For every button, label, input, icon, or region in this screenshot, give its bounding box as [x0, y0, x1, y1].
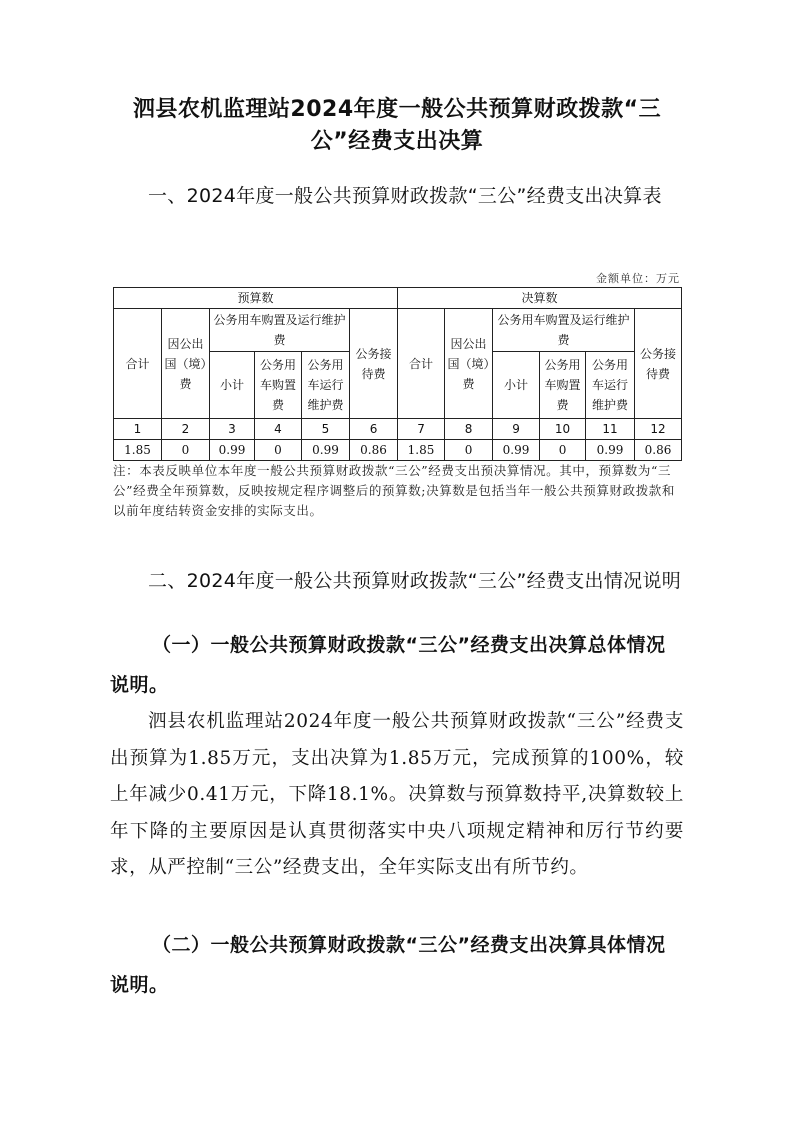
- value-cell: 0: [162, 440, 210, 461]
- index-cell: 3: [210, 419, 255, 440]
- index-cell: 12: [635, 419, 682, 440]
- value-cell: 1.85: [114, 440, 162, 461]
- subsection1-body: 泗县农机监理站2024年度一般公共预算财政拨款“三公”经费支出预算为1.85万元…: [110, 704, 684, 887]
- index-cell: 10: [540, 419, 586, 440]
- index-cell: 7: [398, 419, 445, 440]
- value-cell: 0.86: [350, 440, 398, 461]
- value-cell: 0: [445, 440, 493, 461]
- header-final-abroad: 因公出国（境）费: [445, 309, 493, 419]
- value-cell: 0.99: [493, 440, 540, 461]
- index-cell: 1: [114, 419, 162, 440]
- value-cell: 0.99: [586, 440, 635, 461]
- index-cell: 8: [445, 419, 493, 440]
- document-page: 泗县农机监理站2024年度一般公共预算财政拨款“三公”经费支出决算 一、2024…: [0, 0, 794, 1122]
- value-cell: 0.99: [302, 440, 350, 461]
- value-cell: 0: [255, 440, 302, 461]
- header-final-vehicle-purchase: 公务用车购置费: [540, 352, 586, 419]
- header-final-total: 合计: [398, 309, 445, 419]
- index-cell: 2: [162, 419, 210, 440]
- header-final-vehicle: 公务用车购置及运行维护费: [493, 309, 635, 352]
- value-row: 1.85 0 0.99 0 0.99 0.86 1.85 0 0.99 0 0.…: [114, 440, 682, 461]
- subsection2-heading: （二）一般公共预算财政拨款“三公”经费支出决算具体情况说明。: [110, 925, 684, 1005]
- header-budget-vehicle-purchase: 公务用车购置费: [255, 352, 302, 419]
- index-cell: 4: [255, 419, 302, 440]
- header-final-group: 决算数: [398, 288, 682, 309]
- index-cell: 9: [493, 419, 540, 440]
- header-budget-vehicle-operation: 公务用车运行维护费: [302, 352, 350, 419]
- header-budget-abroad: 因公出国（境）费: [162, 309, 210, 419]
- table-note: 注：本表反映单位本年度一般公共预算财政拨款“三公”经费支出预决算情况。其中，预算…: [113, 461, 688, 521]
- three-public-expense-table: 预算数 决算数 合计 因公出国（境）费 公务用车购置及运行维护费 公务接待费 合…: [113, 287, 682, 461]
- index-cell: 11: [586, 419, 635, 440]
- section2-heading: 二、2024年度一般公共预算财政拨款“三公”经费支出情况说明: [110, 566, 684, 596]
- subsection1-heading: （一）一般公共预算财政拨款“三公”经费支出决算总体情况说明。: [110, 625, 684, 705]
- value-cell: 0.86: [635, 440, 682, 461]
- value-cell: 0.99: [210, 440, 255, 461]
- header-budget-total: 合计: [114, 309, 162, 419]
- document-title: 泗县农机监理站2024年度一般公共预算财政拨款“三公”经费支出决算: [110, 94, 684, 158]
- section1-heading: 一、2024年度一般公共预算财政拨款“三公”经费支出决算表: [110, 181, 684, 211]
- header-budget-reception: 公务接待费: [350, 309, 398, 419]
- unit-label: 金额单位：万元: [596, 270, 680, 286]
- header-final-reception: 公务接待费: [635, 309, 682, 419]
- index-row: 1 2 3 4 5 6 7 8 9 10 11 12: [114, 419, 682, 440]
- header-budget-vehicle: 公务用车购置及运行维护费: [210, 309, 350, 352]
- value-cell: 1.85: [398, 440, 445, 461]
- index-cell: 5: [302, 419, 350, 440]
- header-final-vehicle-subtotal: 小计: [493, 352, 540, 419]
- header-final-vehicle-operation: 公务用车运行维护费: [586, 352, 635, 419]
- value-cell: 0: [540, 440, 586, 461]
- index-cell: 6: [350, 419, 398, 440]
- header-budget-group: 预算数: [114, 288, 398, 309]
- header-budget-vehicle-subtotal: 小计: [210, 352, 255, 419]
